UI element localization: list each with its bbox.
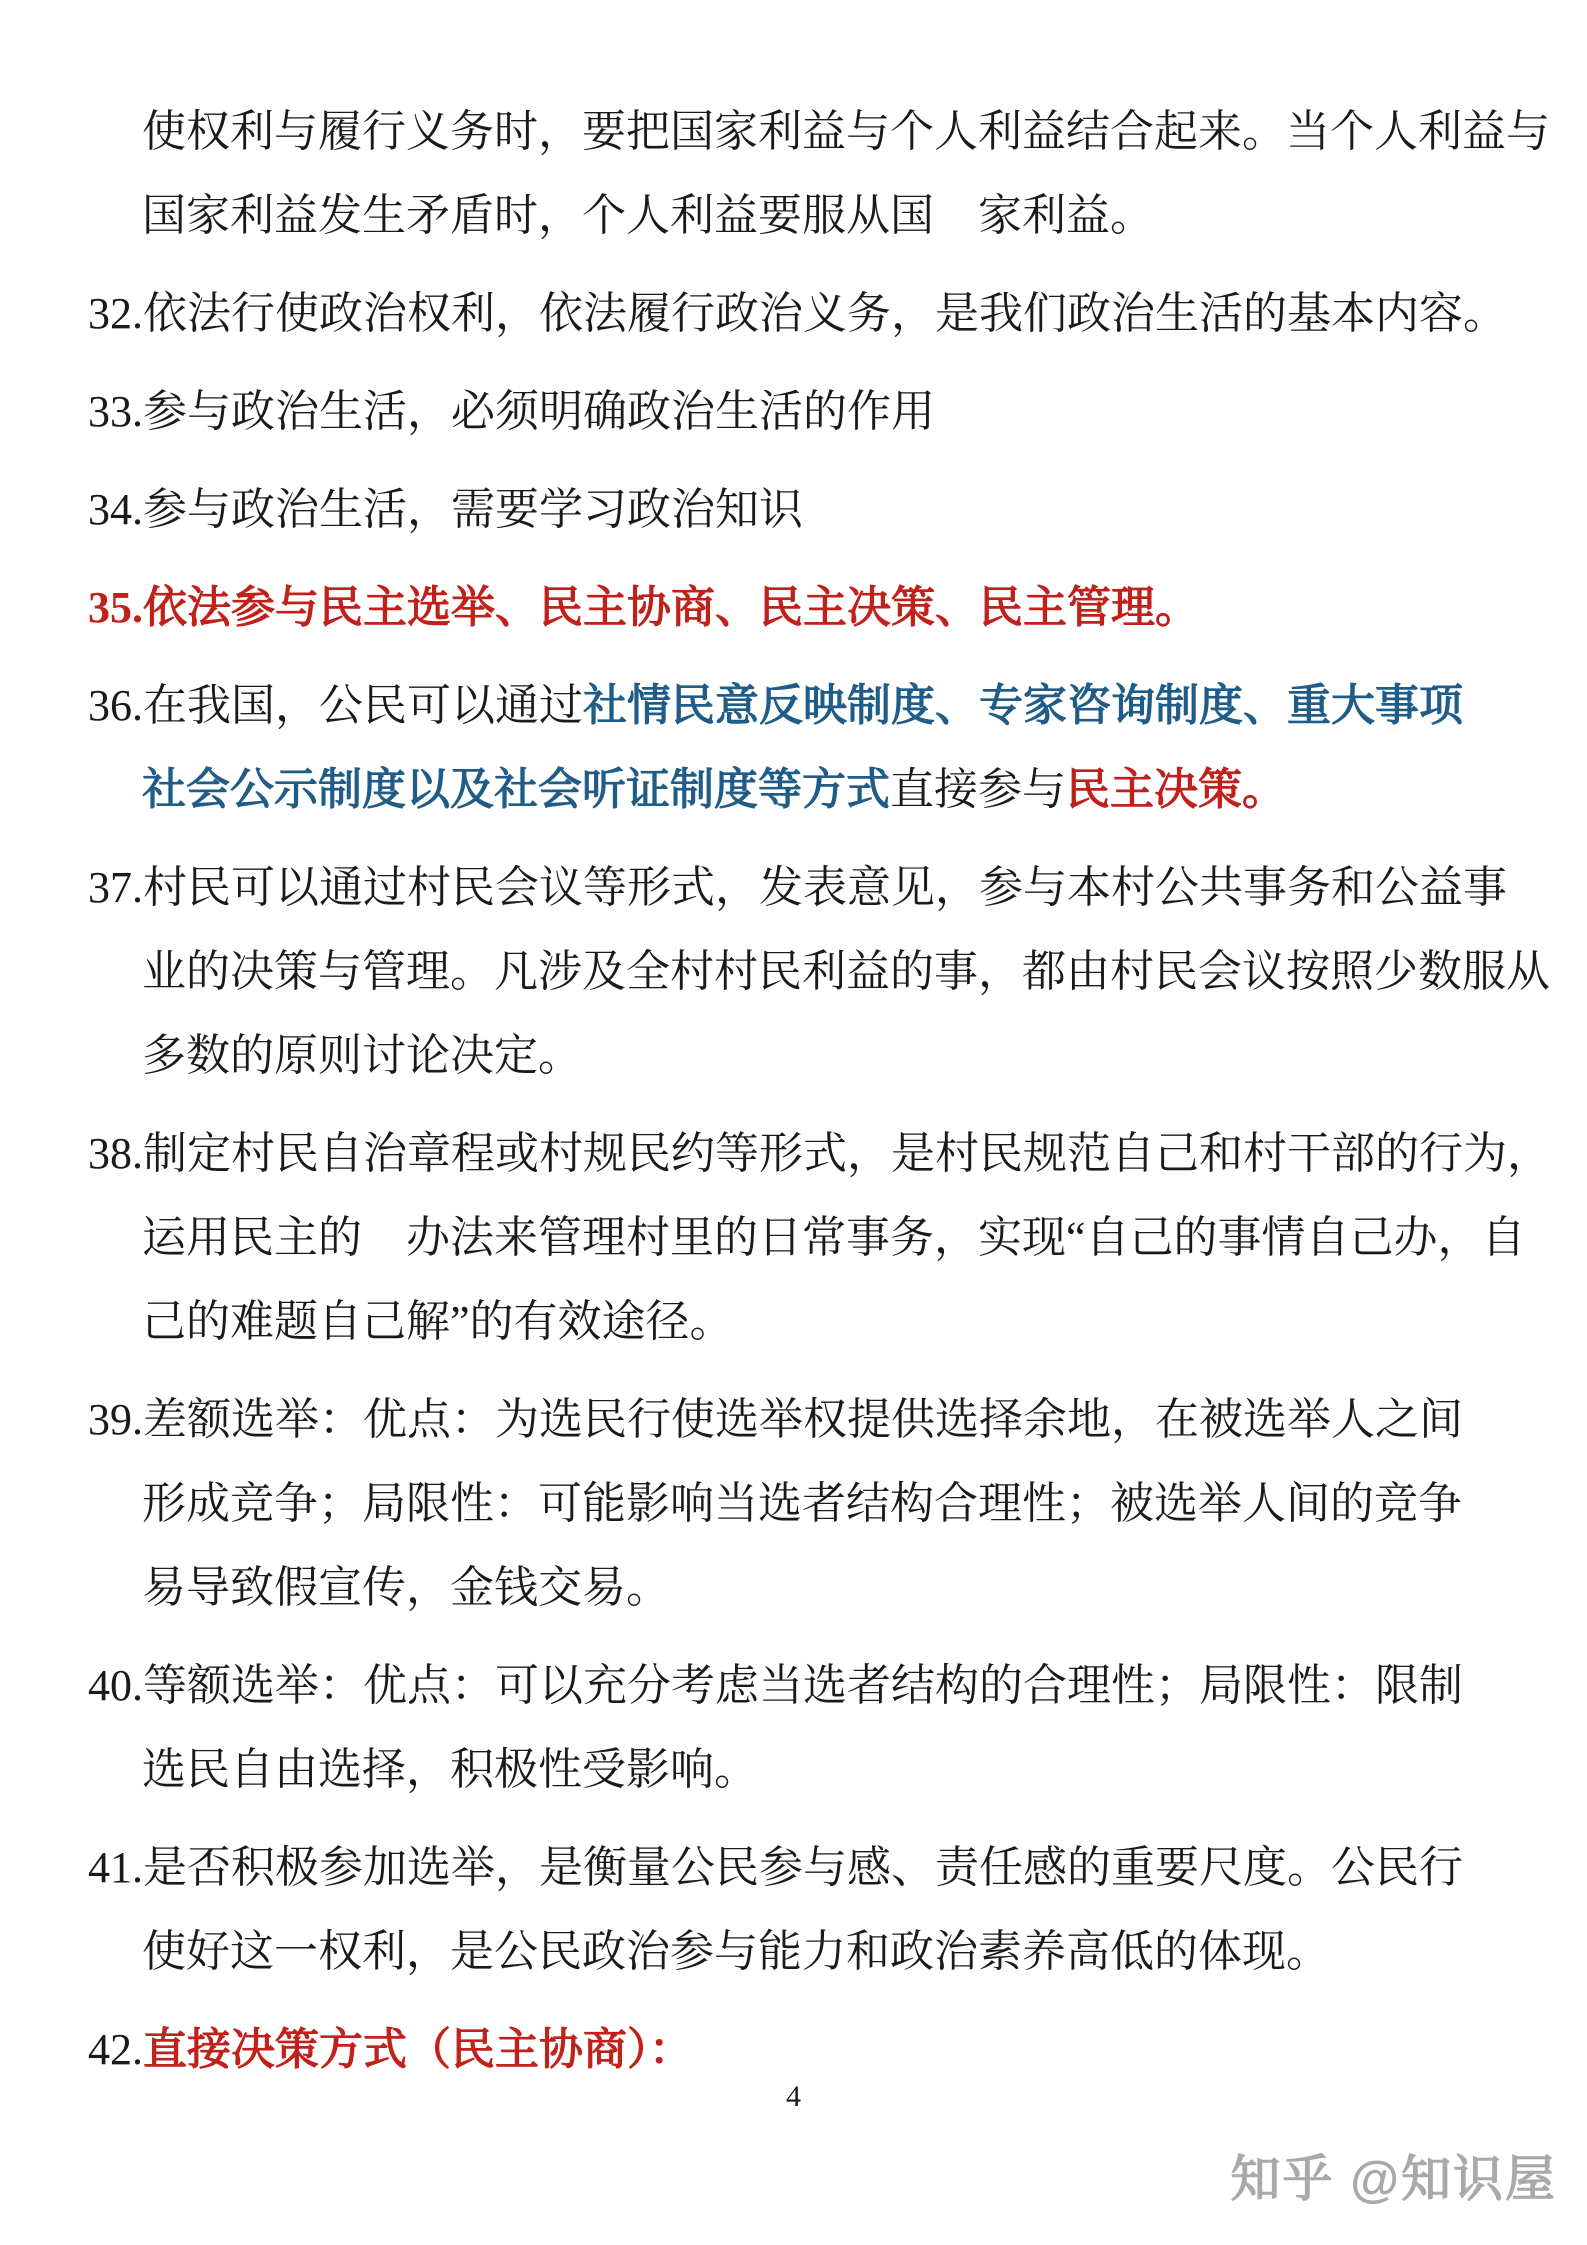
text-segment-red: 民主决策。 (1066, 765, 1286, 814)
paragraph: 使权利与履行义务时，要把国家利益与个人利益结合起来。当个人利益与国家利益发生矛盾… (0, 90, 1587, 258)
text-segment-black: 32.依法行使政治权利，依法履行政治义务，是我们政治生活的基本内容。 (88, 289, 1507, 338)
paragraph-first-line: 37.村民可以通过村民会议等形式，发表意见，参与本村公共事务和公益事 (0, 846, 1587, 930)
paragraph-first-line: 41.是否积极参加选举，是衡量公民参与感、责任感的重要尺度。公民行 (0, 1826, 1587, 1910)
text-segment-black: 使好这一权利，是公民政治参与能力和政治素养高低的体现。 (142, 1927, 1330, 1976)
text-segment-red: 35.依法参与民主选举、民主协商、民主决策、民主管理。 (88, 583, 1199, 632)
paragraph: 35.依法参与民主选举、民主协商、民主决策、民主管理。 (0, 566, 1587, 650)
text-segment-black: 37.村民可以通过村民会议等形式，发表意见，参与本村公共事务和公益事 (88, 863, 1507, 912)
paragraph-line: 选民自由选择，积极性受影响。 (0, 1728, 1587, 1812)
text-segment-black: 形成竞争；局限性：可能影响当选者结构合理性；被选举人间的竞争 (142, 1479, 1462, 1528)
watermark: 知乎 @知识屋 (1230, 2150, 1557, 2208)
text-segment-blue: 社会公示制度以及社会听证制度等方式 (142, 765, 890, 814)
paragraph-line: 形成竞争；局限性：可能影响当选者结构合理性；被选举人间的竞争 (0, 1462, 1587, 1546)
text-segment-black: 运用民主的 办法来管理村里的日常事务，实现“自己的事情自己办，自 (142, 1213, 1526, 1262)
page-number: 4 (0, 2082, 1587, 2112)
text-segment-black: 42. (88, 2025, 143, 2074)
paragraph-first-line: 34.参与政治生活，需要学习政治知识 (0, 468, 1587, 552)
paragraph-first-line: 39.差额选举：优点：为选民行使选举权提供选择余地，在被选举人之间 (0, 1378, 1587, 1462)
paragraph: 40.等额选举：优点：可以充分考虑当选者结构的合理性；局限性：限制选民自由选择，… (0, 1644, 1587, 1812)
paragraph: 37.村民可以通过村民会议等形式，发表意见，参与本村公共事务和公益事业的决策与管… (0, 846, 1587, 1098)
paragraph-line: 社会公示制度以及社会听证制度等方式直接参与民主决策。 (0, 748, 1587, 832)
paragraph-line: 多数的原则讨论决定。 (0, 1014, 1587, 1098)
paragraph-first-line: 36.在我国，公民可以通过社情民意反映制度、专家咨询制度、重大事项 (0, 664, 1587, 748)
paragraph: 41.是否积极参加选举，是衡量公民参与感、责任感的重要尺度。公民行使好这一权利，… (0, 1826, 1587, 1994)
paragraph-first-line: 35.依法参与民主选举、民主协商、民主决策、民主管理。 (0, 566, 1587, 650)
text-segment-black: 36.在我国，公民可以通过 (88, 681, 583, 730)
paragraph-first-line: 32.依法行使政治权利，依法履行政治义务，是我们政治生活的基本内容。 (0, 272, 1587, 356)
paragraph: 39.差额选举：优点：为选民行使选举权提供选择余地，在被选举人之间形成竞争；局限… (0, 1378, 1587, 1630)
text-segment-black: 易导致假宣传，金钱交易。 (142, 1563, 670, 1612)
paragraph-line: 业的决策与管理。凡涉及全村村民利益的事，都由村民会议按照少数服从 (0, 930, 1587, 1014)
paragraph-line: 己的难题自己解”的有效途径。 (0, 1280, 1587, 1364)
paragraph-first-line: 38.制定村民自治章程或村规民约等形式，是村民规范自己和村干部的行为， (0, 1112, 1587, 1196)
text-segment-black: 40.等额选举：优点：可以充分考虑当选者结构的合理性；局限性：限制 (88, 1661, 1463, 1710)
text-segment-black: 34.参与政治生活，需要学习政治知识 (88, 485, 803, 534)
paragraph-line: 使权利与履行义务时，要把国家利益与个人利益结合起来。当个人利益与 (0, 90, 1587, 174)
paragraph: 33.参与政治生活，必须明确政治生活的作用 (0, 370, 1587, 454)
text-segment-black: 38.制定村民自治章程或村规民约等形式，是村民规范自己和村干部的行为， (88, 1129, 1551, 1178)
text-segment-black: 多数的原则讨论决定。 (142, 1031, 582, 1080)
paragraph: 36.在我国，公民可以通过社情民意反映制度、专家咨询制度、重大事项社会公示制度以… (0, 664, 1587, 832)
paragraph: 34.参与政治生活，需要学习政治知识 (0, 468, 1587, 552)
paragraph: 32.依法行使政治权利，依法履行政治义务，是我们政治生活的基本内容。 (0, 272, 1587, 356)
text-segment-black: 使权利与履行义务时，要把国家利益与个人利益结合起来。当个人利益与 (142, 107, 1550, 156)
paragraph-first-line: 33.参与政治生活，必须明确政治生活的作用 (0, 370, 1587, 454)
paragraph-line: 国家利益发生矛盾时，个人利益要服从国 家利益。 (0, 174, 1587, 258)
text-segment-black: 39.差额选举：优点：为选民行使选举权提供选择余地，在被选举人之间 (88, 1395, 1463, 1444)
text-segment-black: 国家利益发生矛盾时，个人利益要服从国 家利益。 (142, 191, 1154, 240)
paragraph-line: 易导致假宣传，金钱交易。 (0, 1546, 1587, 1630)
text-segment-blue: 社情民意反映制度、专家咨询制度、重大事项 (583, 681, 1463, 730)
text-segment-black: 业的决策与管理。凡涉及全村村民利益的事，都由村民会议按照少数服从 (142, 947, 1550, 996)
text-segment-black: 己的难题自己解”的有效途径。 (142, 1297, 734, 1346)
paragraph-line: 使好这一权利，是公民政治参与能力和政治素养高低的体现。 (0, 1910, 1587, 1994)
document-body: 使权利与履行义务时，要把国家利益与个人利益结合起来。当个人利益与国家利益发生矛盾… (0, 90, 1587, 2106)
text-segment-black: 选民自由选择，积极性受影响。 (142, 1745, 758, 1794)
paragraph: 38.制定村民自治章程或村规民约等形式，是村民规范自己和村干部的行为，运用民主的… (0, 1112, 1587, 1364)
document-page: 使权利与履行义务时，要把国家利益与个人利益结合起来。当个人利益与国家利益发生矛盾… (0, 0, 1587, 2245)
text-segment-black: 直接参与 (890, 765, 1066, 814)
text-segment-black: 33.参与政治生活，必须明确政治生活的作用 (88, 387, 935, 436)
text-segment-red: 直接决策方式（民主协商）： (143, 2025, 693, 2074)
text-segment-black: 41.是否积极参加选举，是衡量公民参与感、责任感的重要尺度。公民行 (88, 1843, 1463, 1892)
paragraph-line: 运用民主的 办法来管理村里的日常事务，实现“自己的事情自己办，自 (0, 1196, 1587, 1280)
paragraph-first-line: 40.等额选举：优点：可以充分考虑当选者结构的合理性；局限性：限制 (0, 1644, 1587, 1728)
